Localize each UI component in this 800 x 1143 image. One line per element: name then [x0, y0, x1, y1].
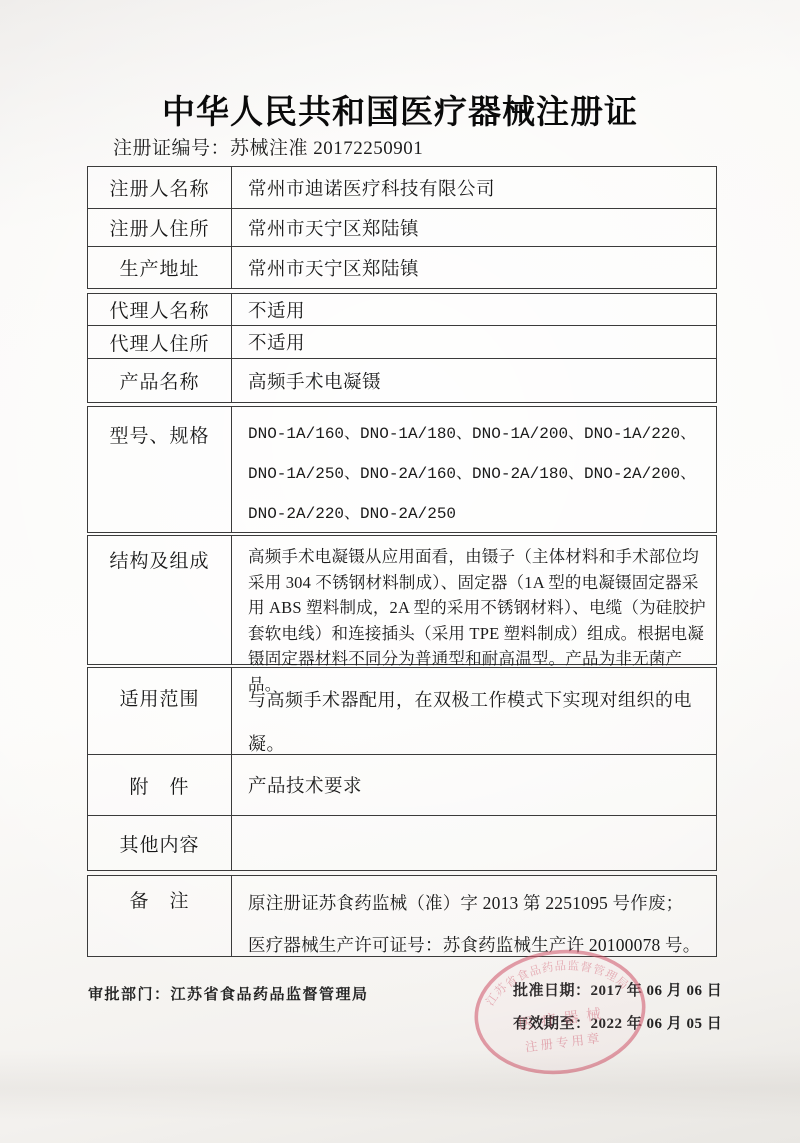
- row-label: 适用范围: [88, 668, 232, 754]
- valid-until-value: 2022 年 06 月 05 日: [591, 1016, 723, 1032]
- row-value: 不适用: [232, 326, 716, 358]
- row-label: 注册人住所: [88, 209, 232, 246]
- row-label: 备 注: [88, 876, 232, 956]
- dates-block: 批准日期：2017 年 06 月 06 日 有效期至：2022 年 06 月 0…: [513, 981, 743, 1047]
- row-label: 附 件: [88, 755, 232, 815]
- remark-line: 原注册证苏食药监械（准）字 2013 第 2251095 号作废；: [248, 882, 710, 924]
- table-row: 结构及组成 高频手术电凝镊从应用面看，由镊子（主体材料和手术部位均采用 304 …: [88, 536, 716, 664]
- approval-department-value: 江苏省食品药品监督管理局: [171, 987, 369, 1003]
- valid-until-line: 有效期至：2022 年 06 月 05 日: [513, 1014, 743, 1034]
- row-value: 产品技术要求: [232, 755, 716, 815]
- certificate-table: 注册人名称 常州市迪诺医疗科技有限公司 注册人住所 常州市天宁区郑陆镇 生产地址…: [87, 166, 717, 957]
- row-label: 其他内容: [88, 816, 232, 870]
- row-value: 常州市迪诺医疗科技有限公司: [232, 167, 716, 208]
- row-label: 生产地址: [88, 247, 232, 288]
- table-group-agent-product: 代理人名称 不适用 代理人住所 不适用 产品名称 高频手术电凝镊: [87, 293, 717, 403]
- scope-line: 与高频手术器配用，在双极工作模式下实现对组织的电: [248, 678, 710, 722]
- table-row: 注册人住所 常州市天宁区郑陆镇: [88, 208, 716, 246]
- row-label: 代理人住所: [88, 326, 232, 358]
- row-value: 不适用: [232, 294, 716, 325]
- registration-number-label: 注册证编号：: [113, 138, 230, 159]
- row-value: 原注册证苏食药监械（准）字 2013 第 2251095 号作废； 医疗器械生产…: [232, 876, 716, 956]
- row-label: 结构及组成: [88, 536, 232, 664]
- table-group-registrant: 注册人名称 常州市迪诺医疗科技有限公司 注册人住所 常州市天宁区郑陆镇 生产地址…: [87, 166, 717, 289]
- row-value: 常州市天宁区郑陆镇: [232, 247, 716, 288]
- table-row: 产品名称 高频手术电凝镊: [88, 358, 716, 402]
- row-value: 常州市天宁区郑陆镇: [232, 209, 716, 246]
- page-title: 中华人民共和国医疗器械注册证: [0, 86, 800, 133]
- certificate-page: 中华人民共和国医疗器械注册证 注册证编号：苏械注准 20172250901 注册…: [0, 0, 800, 1143]
- table-row: 代理人名称 不适用: [88, 294, 716, 325]
- table-group-structure: 结构及组成 高频手术电凝镊从应用面看，由镊子（主体材料和手术部位均采用 304 …: [87, 535, 717, 665]
- model-line: DNO-1A/160、DNO-1A/180、DNO-1A/200、DNO-1A/…: [248, 414, 710, 454]
- approve-date-line: 批准日期：2017 年 06 月 06 日: [513, 981, 743, 1001]
- remark-line: 医疗器械生产许可证号：苏食药监械生产许 20100078 号。: [248, 924, 710, 966]
- approve-date-label: 批准日期：: [513, 983, 591, 999]
- table-row: 型号、规格 DNO-1A/160、DNO-1A/180、DNO-1A/200、D…: [88, 407, 716, 532]
- row-label: 型号、规格: [88, 407, 232, 532]
- table-group-scope-attachment: 适用范围 与高频手术器配用，在双极工作模式下实现对组织的电 凝。 附 件 产品技…: [87, 667, 717, 871]
- row-value: 高频手术电凝镊: [232, 359, 716, 402]
- row-label: 产品名称: [88, 359, 232, 402]
- row-value: 高频手术电凝镊从应用面看，由镊子（主体材料和手术部位均采用 304 不锈钢材料制…: [232, 536, 716, 664]
- valid-until-label: 有效期至：: [513, 1016, 591, 1032]
- table-row: 注册人名称 常州市迪诺医疗科技有限公司: [88, 167, 716, 208]
- registration-number-value: 苏械注准 20172250901: [230, 138, 423, 159]
- row-value: [232, 816, 716, 870]
- row-label: 代理人名称: [88, 294, 232, 325]
- table-group-models: 型号、规格 DNO-1A/160、DNO-1A/180、DNO-1A/200、D…: [87, 406, 717, 533]
- table-row: 附 件 产品技术要求: [88, 754, 716, 815]
- table-row: 代理人住所 不适用: [88, 325, 716, 358]
- row-label: 注册人名称: [88, 167, 232, 208]
- model-line: DNO-2A/220、DNO-2A/250: [248, 494, 710, 534]
- approval-department-label: 审批部门：: [88, 987, 171, 1003]
- table-row: 适用范围 与高频手术器配用，在双极工作模式下实现对组织的电 凝。: [88, 668, 716, 754]
- table-row: 备 注 原注册证苏食药监械（准）字 2013 第 2251095 号作废； 医疗…: [88, 876, 716, 956]
- row-value: DNO-1A/160、DNO-1A/180、DNO-1A/200、DNO-1A/…: [232, 407, 716, 532]
- row-value: 与高频手术器配用，在双极工作模式下实现对组织的电 凝。: [232, 668, 716, 754]
- table-group-remark: 备 注 原注册证苏食药监械（准）字 2013 第 2251095 号作废； 医疗…: [87, 875, 717, 957]
- table-row: 其他内容: [88, 815, 716, 870]
- approve-date-value: 2017 年 06 月 06 日: [591, 983, 723, 999]
- approval-department-line: 审批部门：江苏省食品药品监督管理局: [88, 983, 369, 1004]
- model-line: DNO-1A/250、DNO-2A/160、DNO-2A/180、DNO-2A/…: [248, 454, 710, 494]
- table-row: 生产地址 常州市天宁区郑陆镇: [88, 246, 716, 288]
- registration-number-line: 注册证编号：苏械注准 20172250901: [113, 133, 423, 160]
